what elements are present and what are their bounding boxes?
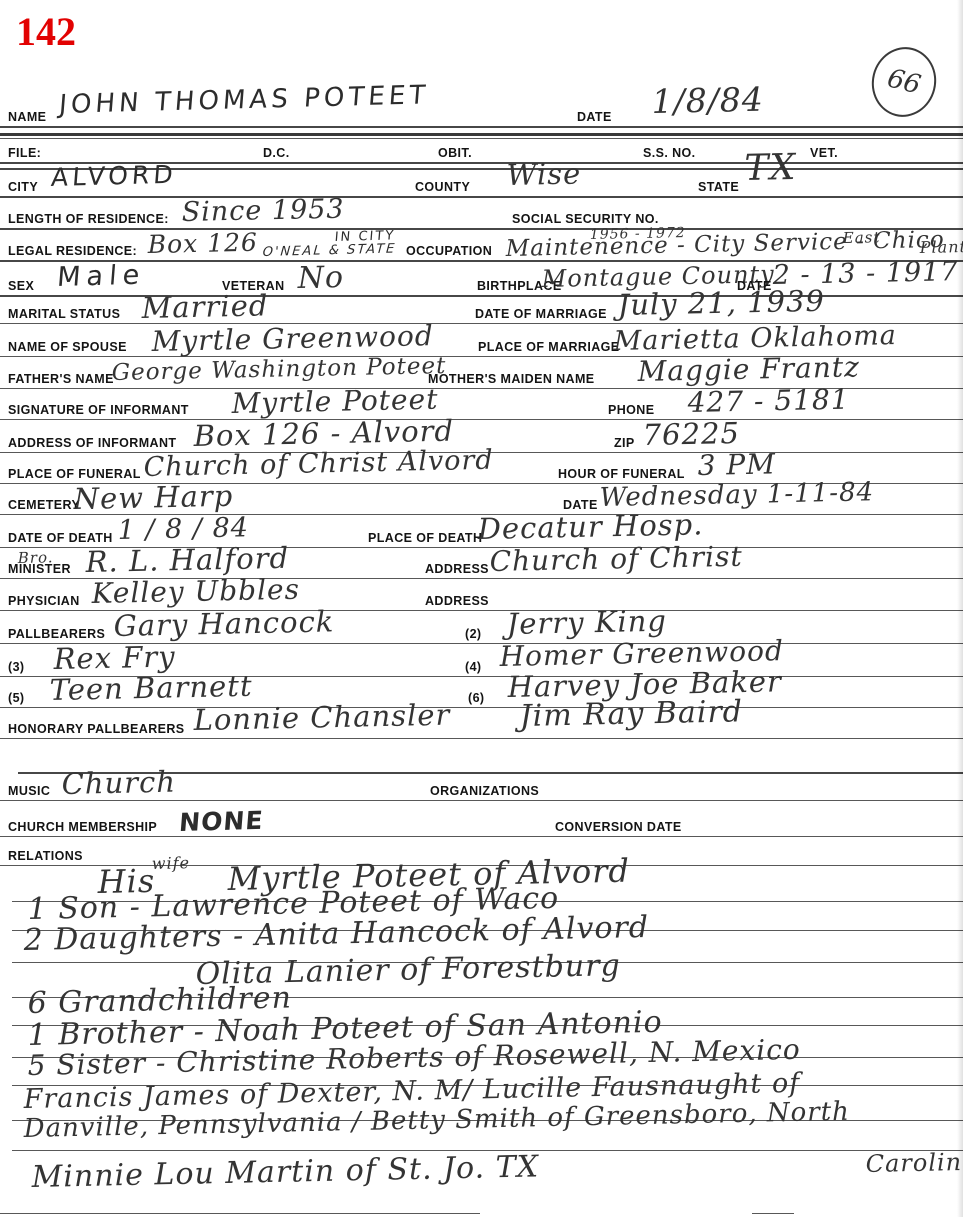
state-label: STATE	[698, 180, 739, 194]
ssno-label: S.S. NO.	[643, 146, 696, 160]
physician-value: Kelley Ubbles	[91, 573, 300, 610]
father-name-label: FATHER'S NAME	[8, 372, 114, 386]
social-security-label: SOCIAL SECURITY NO.	[512, 212, 659, 226]
minister-label: MINISTER	[8, 562, 71, 576]
rule	[0, 707, 963, 708]
phone-label: PHONE	[608, 403, 654, 417]
funeral-place-label: PLACE OF FUNERAL	[8, 467, 141, 481]
organizations-label: ORGANIZATIONS	[430, 784, 539, 798]
dc-label: D.C.	[263, 146, 290, 160]
rule	[752, 1213, 794, 1214]
pallbearer-6-label: (6)	[468, 691, 484, 705]
pallbearer-5-value: Teen Barnett	[49, 669, 253, 707]
funeral-record-sheet: 142 66 NAME JOHN THOMAS POTEET DATE 1/8/…	[0, 0, 963, 1217]
city-label: CITY	[8, 180, 38, 194]
marital-status-value: Married	[141, 288, 268, 325]
sex-value: Male	[56, 260, 147, 293]
date-value: 1/8/84	[651, 80, 764, 121]
county-label: COUNTY	[415, 180, 470, 194]
legal-residence-box: Box 126	[147, 228, 258, 259]
rule	[0, 1213, 480, 1214]
mother-maiden-label: MOTHER'S MAIDEN NAME	[428, 372, 595, 386]
rule	[0, 836, 963, 837]
honorary-pallbearer-1-value: Lonnie Chansler	[193, 698, 450, 737]
minister-address-label: ADDRESS	[425, 562, 489, 576]
informant-signature-label: SIGNATURE OF INFORMANT	[8, 403, 189, 417]
occupation-plant-note: Plant	[920, 237, 963, 257]
physician-label: PHYSICIAN	[8, 594, 80, 608]
honorary-pallbearers-label: HONORARY PALLBEARERS	[8, 722, 185, 736]
date-label: DATE	[577, 110, 612, 124]
residence-value: Since 1953	[181, 194, 345, 228]
marriage-date-value: July 21, 1939	[617, 284, 825, 322]
name-label: NAME	[8, 110, 46, 124]
death-place-value: Decatur Hosp.	[477, 507, 703, 546]
veteran-value: No	[297, 260, 344, 296]
church-membership-value: NONE	[178, 806, 265, 837]
vet-label: VET.	[810, 146, 838, 160]
informant-address-label: ADDRESS OF INFORMANT	[8, 436, 176, 450]
occupation-label: OCCUPATION	[406, 244, 492, 258]
zip-label: ZIP	[614, 436, 635, 450]
sex-label: SEX	[8, 279, 34, 293]
minister-address-value: Church of Christ	[489, 540, 743, 578]
rule	[0, 800, 963, 801]
death-date-label: DATE OF DEATH	[8, 531, 113, 545]
name-value: JOHN THOMAS POTEET	[58, 80, 430, 120]
funeral-place-value: Church of Christ Alvord	[143, 445, 494, 483]
page-number-circle: 66	[864, 40, 943, 123]
spouse-label: NAME OF SPOUSE	[8, 340, 127, 354]
death-place-label: PLACE OF DEATH	[368, 531, 482, 545]
relations-line-1-insert: wife	[152, 853, 191, 873]
pallbearer-1-value: Gary Hancock	[113, 604, 334, 643]
pallbearer-2-label: (2)	[465, 627, 481, 641]
zip-value: 76225	[642, 416, 740, 452]
funeral-hour-value: 3 PM	[697, 447, 776, 482]
phone-value: 427 - 5181	[687, 383, 850, 419]
music-value: Church	[61, 765, 176, 801]
legal-residence-label: LEGAL RESIDENCE:	[8, 244, 137, 258]
residence-label: LENGTH OF RESIDENCE:	[8, 212, 169, 226]
rule	[0, 738, 963, 739]
relations-line-10: Minnie Lou Martin of St. Jo. TX	[31, 1149, 539, 1195]
pallbearers-label: PALLBEARERS	[8, 627, 105, 641]
church-membership-label: CHURCH MEMBERSHIP	[8, 820, 157, 834]
pallbearer-2-value: Jerry King	[506, 604, 667, 641]
file-label: FILE:	[8, 146, 41, 160]
physician-address-label: ADDRESS	[425, 594, 489, 608]
record-number-stamp: 142	[16, 12, 76, 52]
occupation-east-note: East	[843, 228, 881, 247]
rule	[0, 138, 963, 139]
honorary-pallbearer-2-value: Jim Ray Baird	[519, 694, 743, 734]
rule	[0, 126, 963, 128]
funeral-hour-label: HOUR OF FUNERAL	[558, 467, 685, 481]
relations-carolina-note: Carolina	[865, 1148, 963, 1178]
father-name-value: George Washington Poteet	[111, 353, 446, 386]
cemetery-value: New Harp	[73, 479, 233, 516]
death-date-value: 1 / 8 / 84	[117, 512, 249, 546]
cemetery-label: CEMETERY	[8, 498, 80, 512]
conversion-date-label: CONVERSION DATE	[555, 820, 682, 834]
marital-status-label: MARITAL STATUS	[8, 307, 120, 321]
legal-residence-street: O'NEAL & STATE	[262, 242, 397, 260]
county-value: Wise	[506, 156, 581, 192]
marriage-date-label: DATE OF MARRIAGE	[475, 307, 607, 321]
pallbearer-3-label: (3)	[8, 660, 24, 674]
relations-label: RELATIONS	[8, 849, 83, 863]
city-value: ALVORD	[50, 160, 178, 192]
pallbearer-5-label: (5)	[8, 691, 24, 705]
rule	[0, 196, 963, 198]
state-value: TX	[744, 147, 796, 189]
music-label: MUSIC	[8, 784, 50, 798]
rule	[0, 419, 963, 420]
pallbearer-4-label: (4)	[465, 660, 481, 674]
obit-label: OBIT.	[438, 146, 472, 160]
rule	[0, 133, 963, 136]
spouse-value: Myrtle Greenwood	[151, 319, 434, 358]
marriage-place-label: PLACE OF MARRIAGE	[478, 340, 620, 354]
